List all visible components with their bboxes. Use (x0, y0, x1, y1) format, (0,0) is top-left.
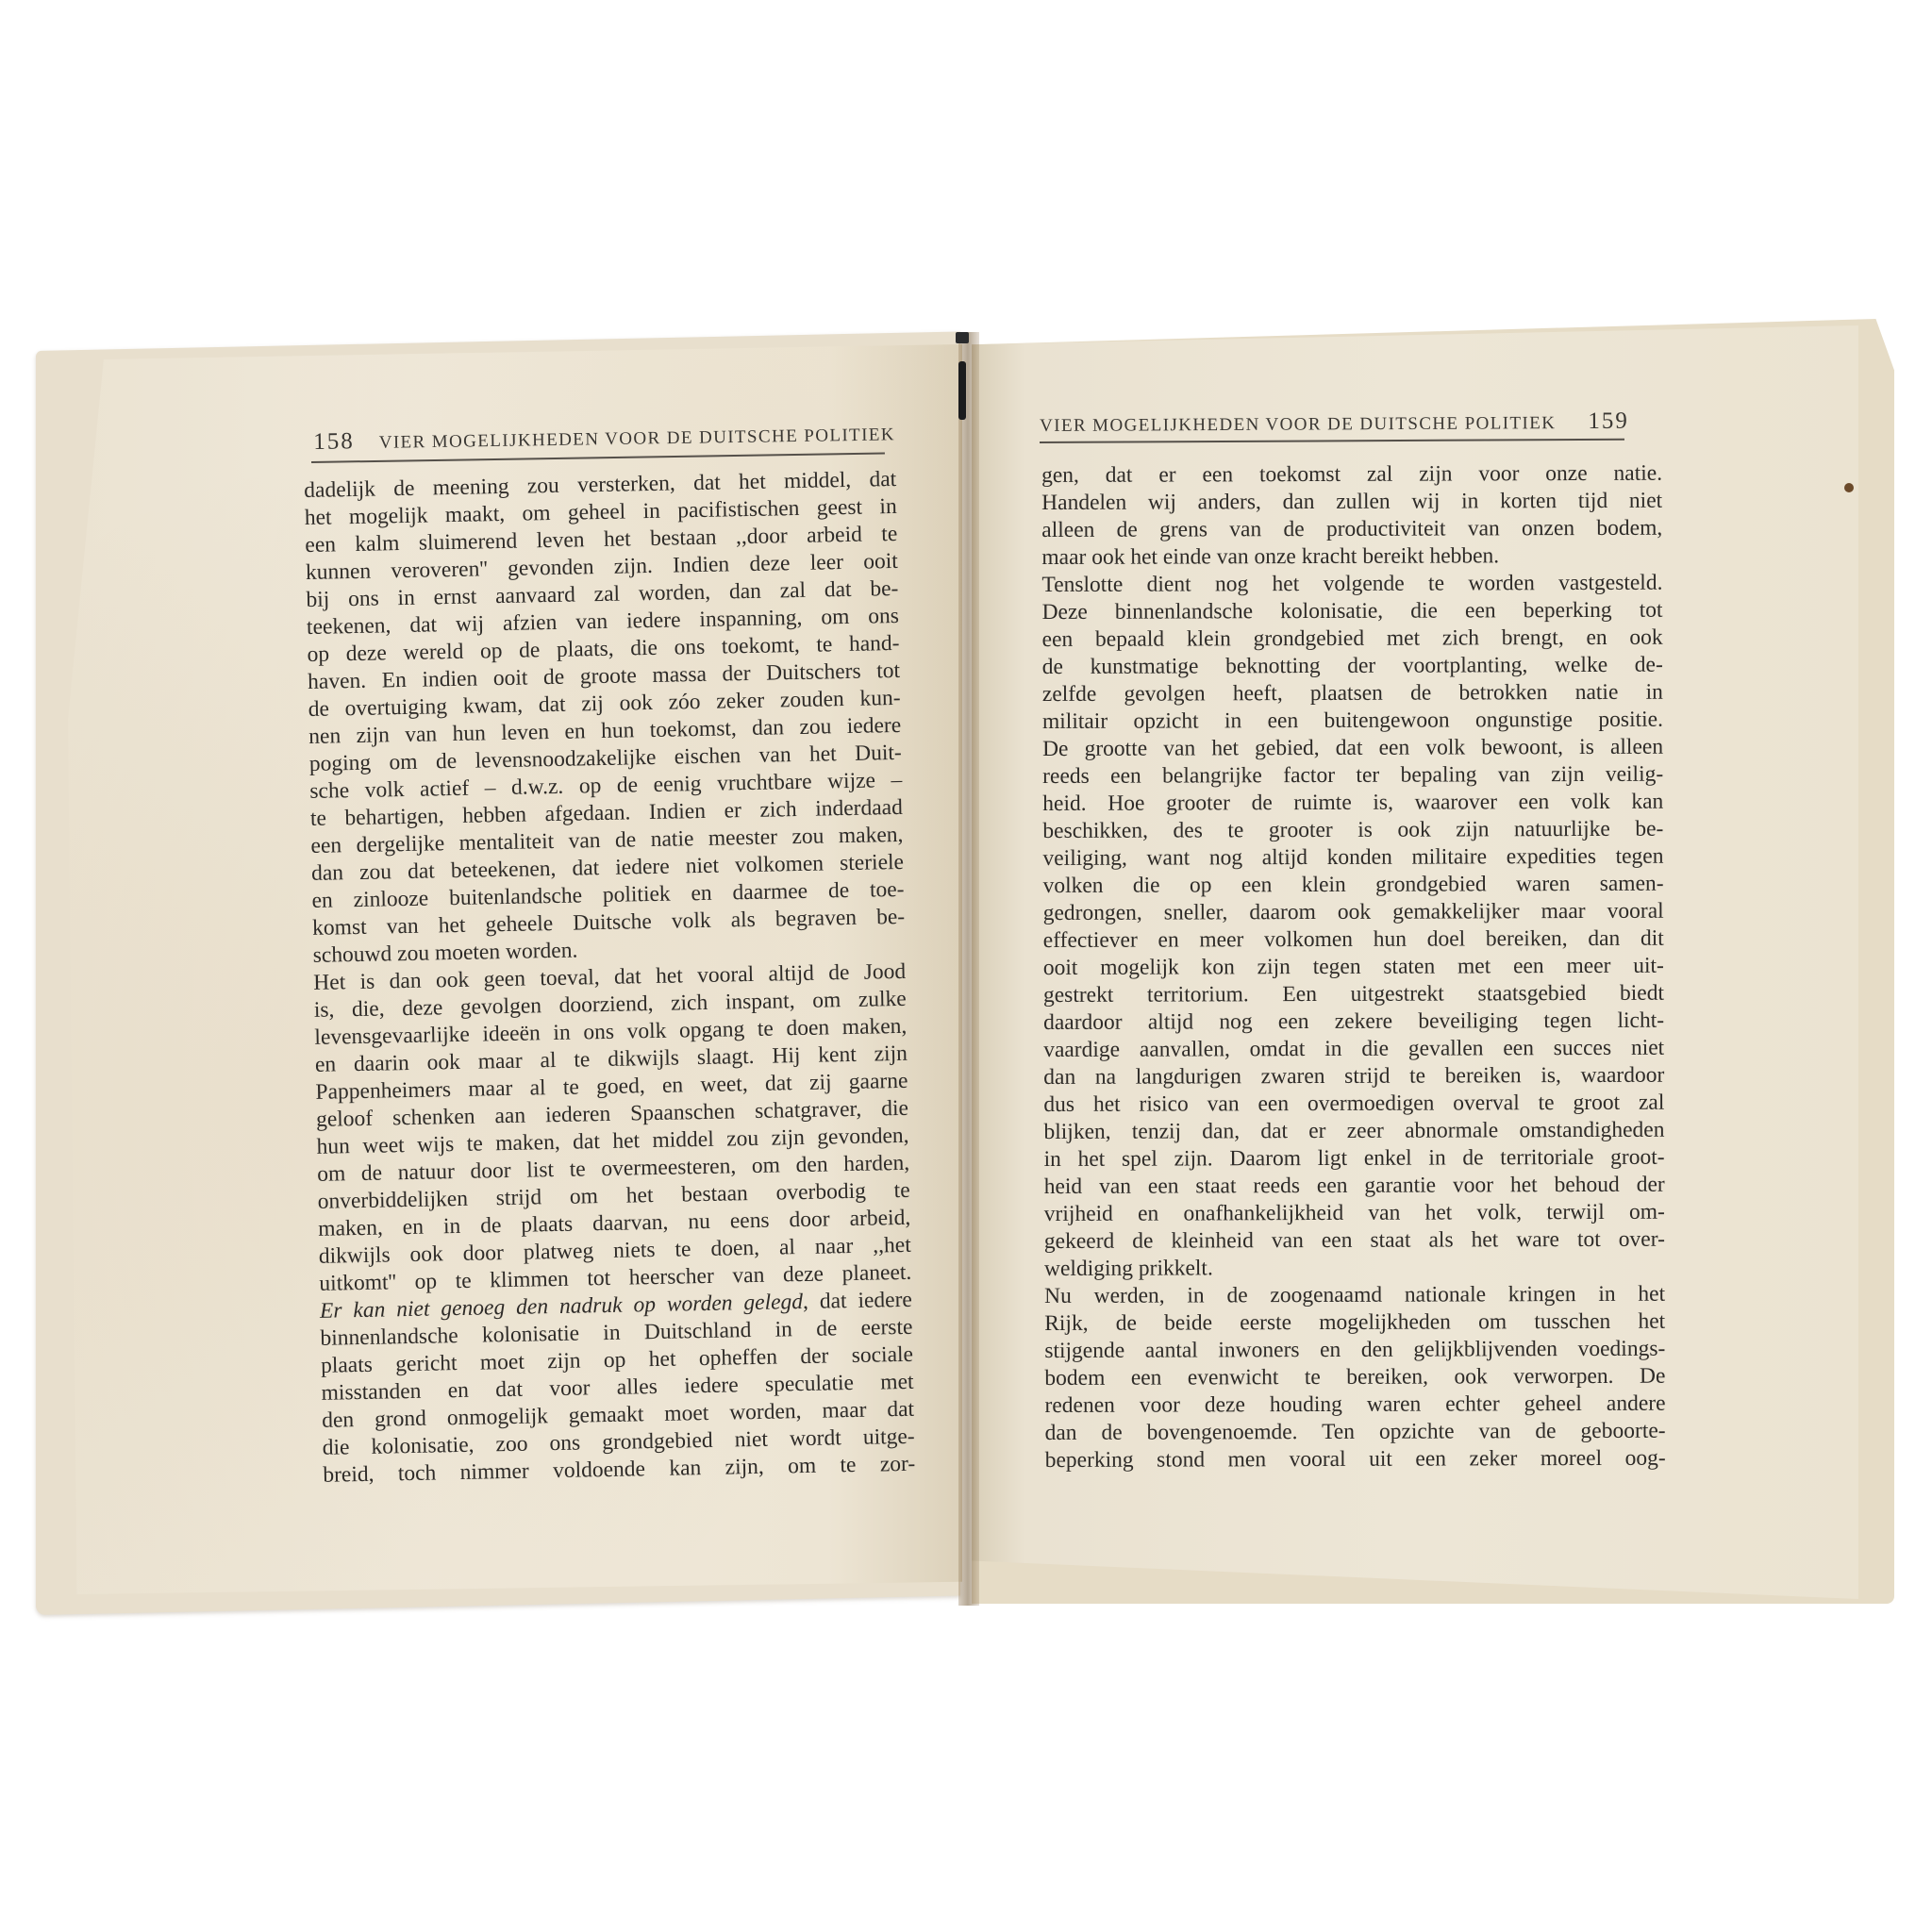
text-line: zelfde gevolgen heeft, plaatsen de betro… (1042, 679, 1663, 708)
text-line: vrijheid en onafhankelijkheid van het vo… (1044, 1199, 1665, 1228)
text-line: beschikken, des te grooter is ook zijn n… (1042, 816, 1663, 845)
spine-gutter (958, 332, 979, 1606)
text-line: veiliging, want nog altijd konden milita… (1042, 843, 1663, 873)
text-line: gekeerd de kleinheid van een staat als h… (1044, 1226, 1665, 1256)
text-line: reeds een belangrijke factor ter bepalin… (1042, 761, 1663, 791)
text-line: Rijk, de beide eerste mogelijkheden om t… (1044, 1308, 1665, 1338)
left-page-number: 158 (313, 428, 355, 455)
text-line: een bepaald klein grondgebied met zich b… (1042, 625, 1663, 654)
text-line: heid van een staat reeds een garantie vo… (1044, 1172, 1665, 1201)
open-book: 158VIER MOGELIJKHEDEN VOOR DE DUITSCHE P… (0, 0, 1932, 1932)
text-line: redenen voor deze houding waren echter g… (1044, 1391, 1665, 1420)
text-line: gen, dat er een toekomst zal zijn voor o… (1041, 460, 1662, 490)
text-line: volken die op een klein grondgebied ware… (1043, 871, 1664, 900)
text-line: dan de bovengenoemde. Ten opzichte van d… (1045, 1418, 1666, 1447)
text-line: ooit mogelijk kon zijn tegen staten met … (1043, 953, 1664, 982)
text-line: effectiever en meer volkomen hun doel be… (1043, 925, 1664, 955)
text-line: dan na langdurigen zwaren strijd te bere… (1043, 1062, 1664, 1091)
text-line: daardoor altijd nog een zekere beveiligi… (1043, 1008, 1664, 1037)
text-line: De grootte van het gebied, dat een volk … (1042, 734, 1663, 763)
text-line: stijgende aantal inwoners en den gelijkb… (1044, 1336, 1665, 1365)
right-page-body-text: gen, dat er een toekomst zal zijn voor o… (1041, 460, 1666, 1474)
right-running-head: VIER MOGELIJKHEDEN VOOR DE DUITSCHE POLI… (1040, 408, 1629, 438)
text-line: gedrongen, sneller, daarom ook gemakkeli… (1043, 898, 1664, 927)
spine-top-binding (956, 332, 969, 343)
spine-binding-gap (958, 361, 966, 420)
text-line-paragraph-end: weldiging prikkelt. (1044, 1254, 1665, 1283)
text-line: de kunstmatige beknotting der voortplant… (1042, 652, 1663, 681)
text-line: vaardige aanvallen, omdat in die gevalle… (1043, 1035, 1664, 1064)
text-line: Handelen wij anders, dan zullen wij in k… (1041, 488, 1662, 517)
text-line-paragraph-start: Nu werden, in de zoogenaamd nationale kr… (1044, 1281, 1665, 1310)
text-line-paragraph-start: Tenslotte dient nog het volgende te word… (1041, 570, 1662, 599)
text-line: alleen de grens van de productiviteit va… (1041, 515, 1662, 544)
text-line: blijken, tenzij dan, dat er zeer abnorma… (1043, 1117, 1664, 1146)
text-line: in het spel zijn. Daarom ligt enkel in d… (1044, 1144, 1665, 1174)
left-page-body-text: dadelijk de meening zou versterken, dat … (304, 466, 915, 1490)
text-line: dus het risico van een overmoedigen over… (1043, 1090, 1664, 1119)
text-line: beperking stond men vooral uit een zeker… (1045, 1445, 1666, 1474)
paper-stain-dot (1844, 483, 1854, 492)
italic-line-rest: , dat iedere (803, 1288, 912, 1314)
text-line: heid. Hoe grooter de ruimte is, waarover… (1042, 789, 1663, 818)
text-line-paragraph-end: maar ook het einde van onze kracht berei… (1041, 542, 1662, 572)
right-header-title: VIER MOGELIJKHEDEN VOOR DE DUITSCHE POLI… (1040, 413, 1556, 436)
text-line: bodem een evenwicht te bereiken, ook ver… (1044, 1363, 1665, 1392)
text-line: militair opzicht in een buitengewoon ong… (1042, 707, 1663, 736)
right-page-number: 159 (1588, 408, 1629, 434)
text-line: Deze binnenlandsche kolonisatie, die een… (1042, 597, 1663, 626)
text-line: gestrekt territorium. Een uitgestrekt st… (1043, 980, 1664, 1009)
